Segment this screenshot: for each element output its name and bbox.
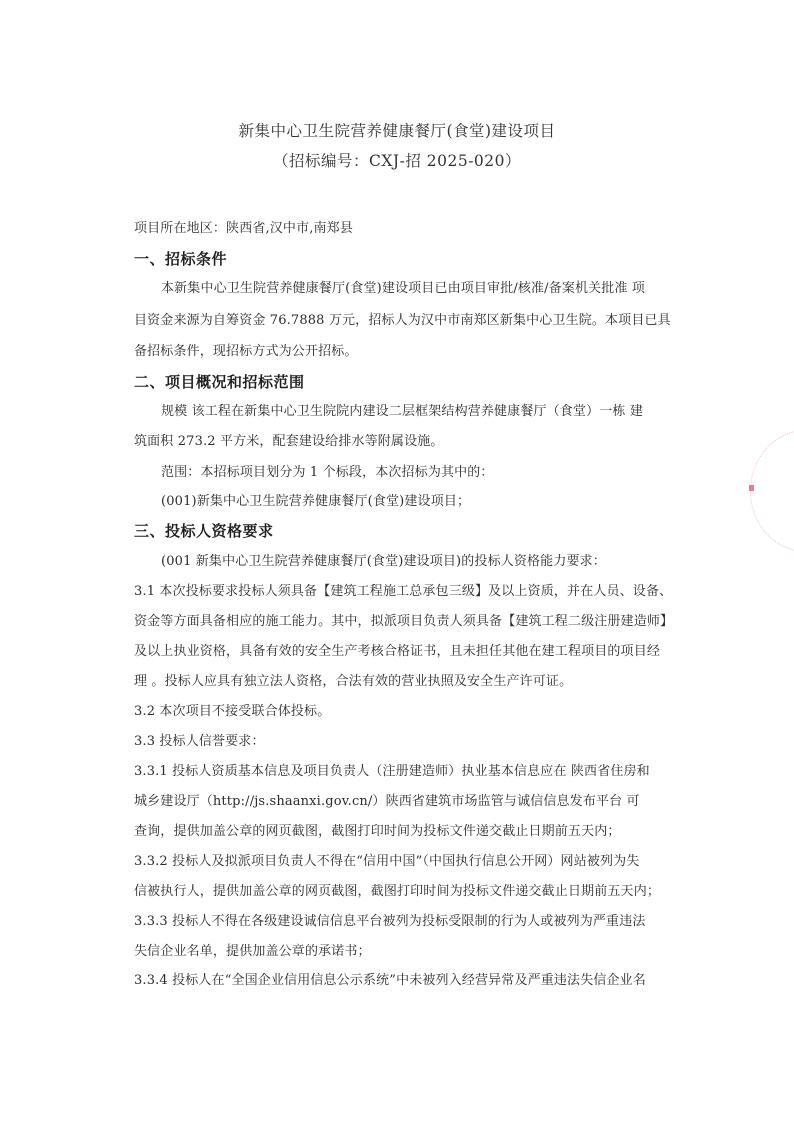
paragraph-line: 城乡建设厅（http://js.shaanxi.gov.cn/）陕西省建筑市场监…	[134, 794, 664, 810]
paragraph-line: (001 新集中心卫生院营养健康餐厅(食堂)建设项目)的投标人资格能力要求：	[161, 554, 691, 570]
paragraph-line: 3.3.1 投标人资质基本信息及项目负责人（注册建造师）执业基本信息应在 陕西省…	[134, 764, 664, 780]
paragraph-line: 信被执行人，提供加盖公章的网页截图，截图打印时间为投标文件递交截止日期前五天内；	[134, 884, 664, 900]
paragraph-line: 及以上执业资格，具备有效的安全生产考核合格证书，且未担任其他在建工程项目的项目经	[134, 644, 664, 660]
paragraph-line: 3.3.4 投标人在“全国企业信用信息公示系统”中未被列入经营异常及严重违法失信…	[134, 973, 664, 989]
seal-stamp-mark	[749, 485, 754, 491]
paragraph-line: 资金等方面具备相应的施工能力。其中，拟派项目负责人须具备【建筑工程二级注册建造师…	[134, 614, 664, 630]
paragraph-line: 查询，提供加盖公章的网页截图，截图打印时间为投标文件递交截止日期前五天内；	[134, 824, 664, 840]
paragraph-line: 范围：本招标项目划分为 1 个标段，本次招标为其中的：	[161, 465, 691, 481]
paragraph-line: 3.2 本次项目不接受联合体投标。	[134, 704, 664, 720]
paragraph-line: 3.3.3 投标人不得在各级建设诚信信息平台被列为投标受限制的行为人或被列为严重…	[134, 914, 664, 930]
document-title: 新集中心卫生院营养健康餐厅(食堂)建设项目	[0, 119, 794, 141]
section-heading-tender-conditions: 一、招标条件	[134, 248, 227, 269]
paragraph-line: 3.1 本次投标要求投标人须具备【建筑工程施工总承包三级】及以上资质，并在人员、…	[134, 584, 664, 600]
paragraph-line: 3.3 投标人信誉要求：	[134, 734, 664, 750]
paragraph-line: 3.3.2 投标人及拟派项目负责人不得在“信用中国”（中国执行信息公开网）网站被…	[134, 854, 664, 870]
paragraph-line: 备招标条件，现招标方式为公开招标。	[134, 344, 664, 360]
paragraph-line: 失信企业名单，提供加盖公章的承诺书；	[134, 944, 664, 960]
seal-stamp-fragment	[750, 430, 794, 552]
paragraph-line: (001)新集中心卫生院营养健康餐厅(食堂)建设项目；	[161, 494, 691, 510]
paragraph-line: 理 。投标人应具有独立法人资格，合法有效的营业执照及安全生产许可证。	[134, 674, 664, 690]
paragraph-line: 目资金来源为自筹资金 76.7888 万元，招标人为汉中市南郑区新集中心卫生院。…	[134, 313, 664, 329]
section-heading-project-overview: 二、项目概况和招标范围	[134, 371, 305, 392]
paragraph-line: 规模 该工程在新集中心卫生院院内建设二层框架结构营养健康餐厅（食堂）一栋 建	[161, 404, 691, 420]
project-region: 项目所在地区：陕西省,汉中市,南郑县	[134, 221, 664, 237]
tender-number: （招标编号：CXJ-招 2025-020）	[0, 149, 794, 171]
paragraph-line: 筑面积 273.2 平方米，配套建设给排水等附属设施。	[134, 434, 664, 450]
section-heading-bidder-qualifications: 三、投标人资格要求	[134, 520, 274, 541]
document-page: 新集中心卫生院营养健康餐厅(食堂)建设项目 （招标编号：CXJ-招 2025-0…	[0, 0, 794, 1123]
paragraph-line: 本新集中心卫生院营养健康餐厅(食堂)建设项目已由项目审批/核准/备案机关批准 项	[161, 281, 691, 297]
